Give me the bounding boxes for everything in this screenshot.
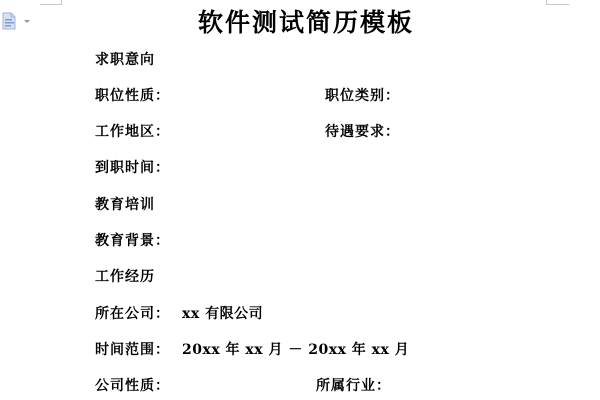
field-company: 所在公司：xx 有限公司 bbox=[95, 304, 263, 324]
field-education-background: 教育背景： bbox=[95, 231, 170, 251]
field-position-nature: 职位性质： bbox=[95, 86, 170, 106]
field-salary-requirement: 待遇要求： bbox=[325, 122, 400, 142]
job-intent-heading: 求职意向 bbox=[95, 52, 155, 68]
company-nature-label: 公司性质： bbox=[95, 378, 170, 394]
education-background-label: 教育背景： bbox=[95, 233, 170, 249]
time-range-label: 时间范围： bbox=[95, 342, 170, 358]
company-value: xx 有限公司 bbox=[182, 306, 263, 322]
position-nature-label: 职位性质： bbox=[95, 88, 170, 104]
work-experience-heading: 工作经历 bbox=[95, 269, 155, 285]
field-work-region: 工作地区： bbox=[95, 122, 170, 142]
start-time-label: 到职时间： bbox=[95, 160, 170, 176]
crop-mark-top-right bbox=[546, 0, 569, 5]
company-label: 所在公司： bbox=[95, 306, 170, 322]
document-title: 软件测试简历模板 bbox=[0, 6, 600, 40]
time-range-value: 20xx 年 xx 月 － 20xx 年 xx 月 bbox=[182, 342, 409, 358]
field-time-range: 时间范围：20xx 年 xx 月 － 20xx 年 xx 月 bbox=[95, 340, 409, 360]
work-region-label: 工作地区： bbox=[95, 124, 170, 140]
field-company-nature: 公司性质： bbox=[95, 376, 170, 396]
salary-requirement-label: 待遇要求： bbox=[325, 124, 400, 140]
field-start-time: 到职时间： bbox=[95, 158, 170, 178]
position-category-label: 职位类别： bbox=[325, 88, 400, 104]
section-heading-job-intent: 求职意向 bbox=[95, 50, 155, 70]
section-heading-work-experience: 工作经历 bbox=[95, 267, 155, 287]
document-page: 软件测试简历模板 求职意向 职位性质： 职位类别： 工作地区： 待遇要求： 到职… bbox=[0, 0, 600, 400]
education-heading: 教育培训 bbox=[95, 197, 155, 213]
field-industry: 所属行业： bbox=[316, 376, 391, 396]
crop-mark-top-left bbox=[40, 0, 62, 5]
field-position-category: 职位类别： bbox=[325, 86, 400, 106]
section-heading-education: 教育培训 bbox=[95, 195, 155, 215]
industry-label: 所属行业： bbox=[316, 378, 391, 394]
